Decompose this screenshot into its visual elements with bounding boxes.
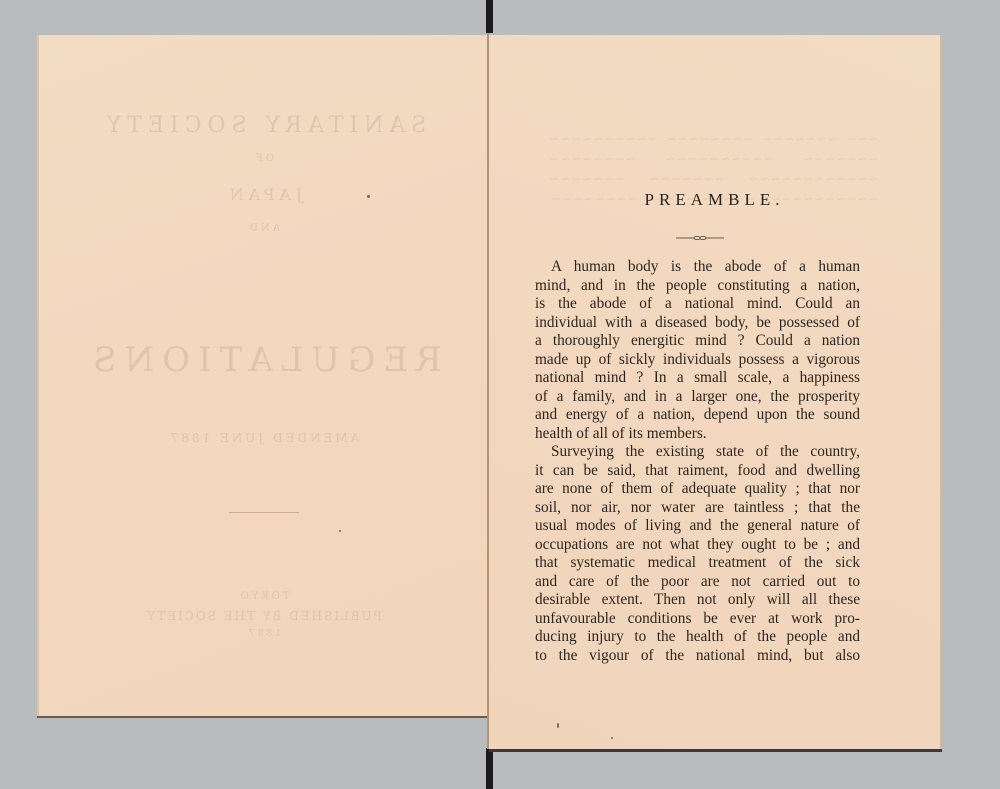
right-page: ~~~ ~~~~~~~ ~~~~~~~~ ~~~~~~~~~~ ~~~~~~~ …	[489, 35, 942, 749]
text-line: is the abode of a national mind. Could a…	[535, 295, 860, 314]
spine-bottom	[486, 748, 493, 789]
left-page: SANITARY SOCIETY OF JAPAN AND REGULATION…	[37, 35, 488, 716]
text-line: mind, and in the people constituting a n…	[535, 277, 860, 296]
bleed-through-text: PUBLISHED BY THE SOCIETY	[39, 609, 488, 623]
paper-speck	[339, 530, 341, 532]
bleed-through-text: JAPAN	[39, 185, 488, 204]
text-line: individual with a diseased body, be poss…	[535, 314, 860, 333]
page-title: PREAMBLE.	[489, 190, 940, 210]
text-line: soil, nor air, nor water are taintless ;…	[535, 499, 860, 518]
text-line: a thoroughly energitic mind ? Could a na…	[535, 332, 860, 351]
paper-speck	[611, 737, 613, 739]
text-line: national mind ? In a small scale, a happ…	[535, 369, 860, 388]
text-line: occupations are not what they ought to b…	[535, 536, 860, 555]
text-line: it can be said, that raiment, food and d…	[535, 462, 860, 481]
text-line: and energy of a nation, depend upon the …	[535, 406, 860, 425]
text-line: unfavourable conditions be ever at work …	[535, 610, 860, 629]
text-line: and care of the poor are not carried out…	[535, 573, 860, 592]
ornament-rule-icon	[676, 235, 724, 241]
text-line: usual modes of living and the general na…	[535, 517, 860, 536]
bleed-through-text: TOKYO	[39, 591, 488, 602]
text-line: A human body is the abode of a human	[535, 258, 860, 277]
spine-top	[486, 0, 493, 33]
text-line: Surveying the existing state of the coun…	[535, 443, 860, 462]
paper-speck	[367, 195, 370, 198]
bleed-through-text: REGULATIONS	[39, 340, 488, 380]
text-line: health of all of its members.	[535, 425, 860, 444]
paper-speck	[557, 723, 559, 728]
preamble-text: A human body is the abode of a human min…	[535, 258, 860, 665]
bleed-through-rule	[229, 512, 299, 513]
text-line: are none of them of adequate quality ; t…	[535, 480, 860, 499]
bleed-through-text: 1887	[39, 629, 488, 639]
text-line: of a family, and in a larger one, the pr…	[535, 388, 860, 407]
bleed-through-text: AMENDED JUNE 1887	[39, 431, 488, 445]
bleed-through-text: SANITARY SOCIETY	[39, 113, 488, 138]
text-line: to the vigour of the national mind, but …	[535, 647, 860, 666]
text-line: ducing injury to the health of the peopl…	[535, 628, 860, 647]
text-line: desirable extent. Then not only will all…	[535, 591, 860, 610]
text-line: that systematic medical treatment of the…	[535, 554, 860, 573]
text-line: made up of sickly individuals possess a …	[535, 351, 860, 370]
bleed-through-text: OF	[39, 153, 488, 164]
bleed-through-text: AND	[39, 223, 488, 234]
